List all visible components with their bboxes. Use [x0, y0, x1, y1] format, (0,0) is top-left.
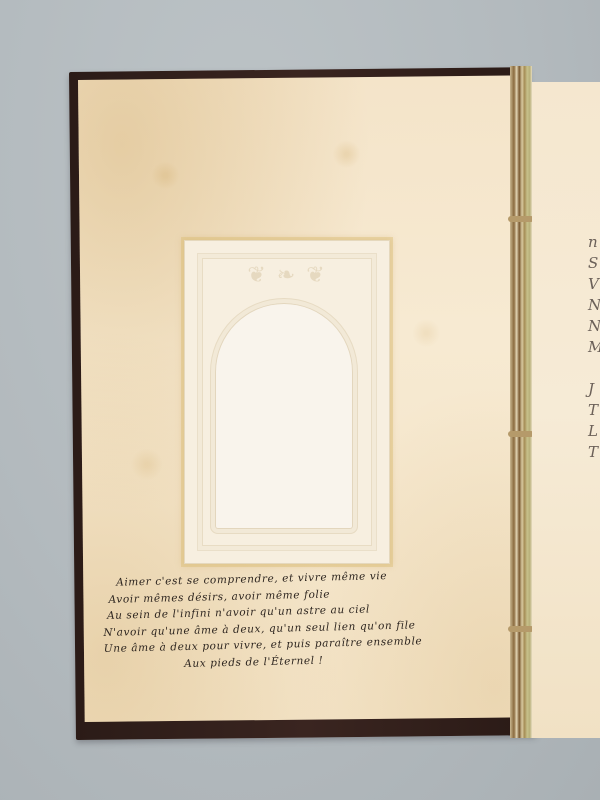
handwritten-poem: Aimer c'est se comprendre, et vivre même… [102, 565, 514, 674]
stitched-binding [510, 66, 532, 738]
right-album-page: n S V N N M J T L T [532, 82, 600, 738]
script-letter: T [588, 400, 600, 421]
photo-mount: ❦ ❧ ❦ [184, 240, 390, 564]
right-page-script: n S V N N M J T L T [588, 232, 600, 463]
script-letter: L [588, 421, 600, 442]
script-letter: T [588, 442, 600, 463]
script-letter: J [588, 379, 600, 400]
script-letter: V [588, 274, 600, 295]
ornament-icon: ❦ ❧ ❦ [247, 263, 326, 288]
script-letter [588, 358, 600, 379]
album-photo-scene: ❦ ❧ ❦ Aimer c'est se comprendre, et vivr… [0, 0, 600, 800]
script-letter: n [588, 232, 600, 253]
binding-tie [508, 431, 534, 437]
script-letter: S [588, 253, 600, 274]
script-letter: N [588, 316, 600, 337]
script-letter: M [588, 337, 600, 358]
script-letter: N [588, 295, 600, 316]
binding-tie [508, 626, 534, 632]
binding-tie [508, 216, 534, 222]
empty-photo-window [215, 303, 353, 529]
